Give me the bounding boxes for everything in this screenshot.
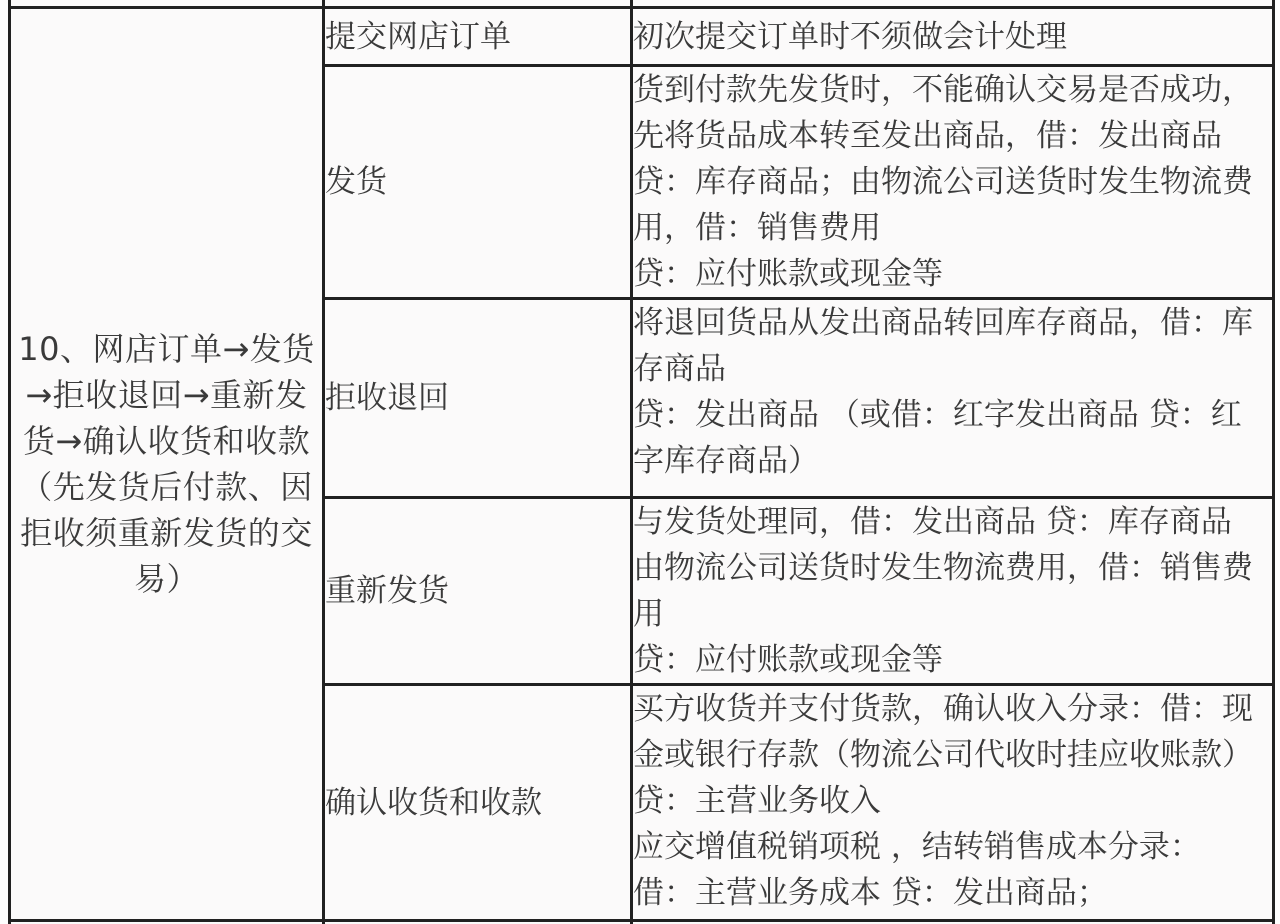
step-cell-rejected-return: 拒收退回 [324, 299, 632, 498]
step-cell-confirm-receipt-payment: 确认收货和收款 [324, 685, 632, 921]
clipped-row-top [10, 0, 1274, 8]
clipped-cell [632, 0, 1274, 8]
treatment-cell-reship: 与发货处理同，借：发出商品 贷：库存商品 由物流公司送货时发生物流费用，借：销售… [632, 498, 1274, 685]
step-cell-ship: 发货 [324, 66, 632, 299]
accounting-treatment-table: 10、网店订单→发货→拒收退回→重新发货→确认收货和收款（先发货后付款、因拒收须… [8, 0, 1275, 924]
treatment-cell-rejected-return: 将退回货品从发出商品转回库存商品，借：库存商品 贷：发出商品 （或借：红字发出商… [632, 299, 1274, 498]
clipped-cell [10, 921, 324, 924]
clipped-cell [324, 921, 632, 924]
clipped-row-bottom [10, 921, 1274, 924]
clipped-cell [632, 921, 1274, 924]
treatment-cell-submit-order: 初次提交订单时不须做会计处理 [632, 8, 1274, 66]
document-page: 10、网店订单→发货→拒收退回→重新发货→确认收货和收款（先发货后付款、因拒收须… [0, 0, 1280, 924]
step-cell-submit-order: 提交网店订单 [324, 8, 632, 66]
clipped-cell [324, 0, 632, 8]
treatment-cell-ship: 货到付款先发货时，不能确认交易是否成功，先将货品成本转至发出商品，借：发出商品 … [632, 66, 1274, 299]
step-cell-reship: 重新发货 [324, 498, 632, 685]
transaction-group-label: 10、网店订单→发货→拒收退回→重新发货→确认收货和收款（先发货后付款、因拒收须… [10, 8, 324, 921]
table-row: 10、网店订单→发货→拒收退回→重新发货→确认收货和收款（先发货后付款、因拒收须… [10, 8, 1274, 66]
treatment-cell-confirm-receipt-payment: 买方收货并支付货款，确认收入分录：借：现金或银行存款（物流公司代收时挂应收账款）… [632, 685, 1274, 921]
clipped-cell [10, 0, 324, 8]
